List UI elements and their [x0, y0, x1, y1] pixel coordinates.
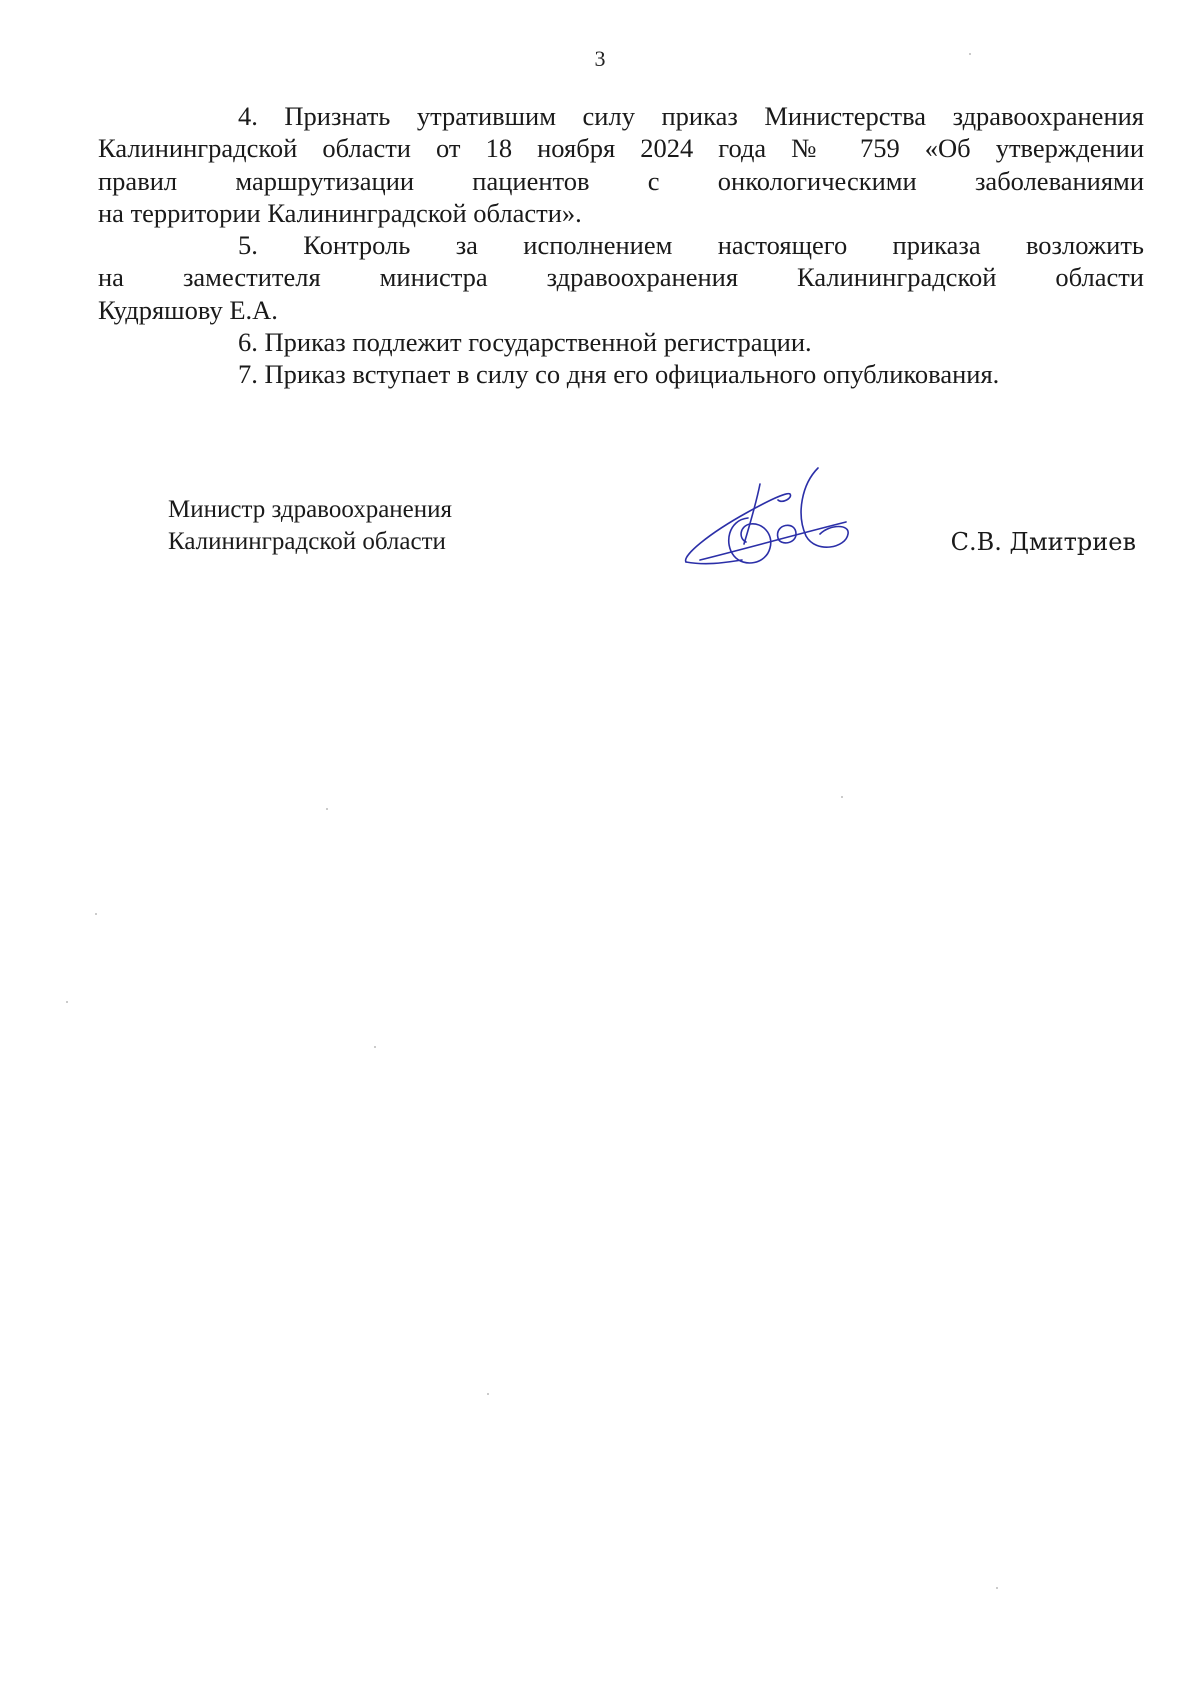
scan-speck [487, 1393, 489, 1395]
scan-speck [374, 1046, 376, 1048]
paragraph-line: на заместителя министра здравоохранения … [168, 261, 1144, 293]
signer-title-line-1: Министр здравоохранения [168, 494, 452, 526]
scan-speck [996, 1587, 998, 1589]
paragraph-line: правил маршрутизации пациентов с онколог… [168, 165, 1144, 197]
paragraph-line: на территории Калининградской области». [168, 197, 1144, 229]
scan-speck [66, 1001, 68, 1003]
paragraph-line: 4. Признать утратившим силу приказ Минис… [168, 100, 1144, 132]
scan-speck [841, 796, 843, 798]
paragraph-line: 7. Приказ вступает в силу со дня его офи… [168, 358, 1144, 390]
document-page: 3 4. Признать утратившим силу приказ Мин… [0, 0, 1200, 1697]
paragraph-5: 5. Контроль за исполнением настоящего пр… [168, 229, 1144, 326]
signature-block: Министр здравоохранения Калининградской … [168, 494, 1144, 584]
paragraph-line: Кудряшову Е.А. [168, 294, 1144, 326]
document-body: 4. Признать утратившим силу приказ Минис… [168, 100, 1144, 391]
page-number: 3 [0, 46, 1200, 72]
paragraph-4: 4. Признать утратившим силу приказ Минис… [168, 100, 1144, 229]
handwritten-signature-icon [678, 464, 868, 574]
scan-speck [969, 53, 971, 55]
scan-speck [326, 808, 328, 810]
paragraph-line: Калининградской области от 18 ноября 202… [168, 132, 1144, 164]
paragraph-line: 6. Приказ подлежит государственной регис… [168, 326, 1144, 358]
paragraph-7: 7. Приказ вступает в силу со дня его офи… [168, 358, 1144, 390]
paragraph-line: 5. Контроль за исполнением настоящего пр… [168, 229, 1144, 261]
signer-title: Министр здравоохранения Калининградской … [168, 494, 452, 558]
scan-speck [95, 913, 97, 915]
signer-title-line-2: Калининградской области [168, 526, 452, 558]
signer-name: С.В. Дмитриев [951, 526, 1136, 558]
paragraph-6: 6. Приказ подлежит государственной регис… [168, 326, 1144, 358]
